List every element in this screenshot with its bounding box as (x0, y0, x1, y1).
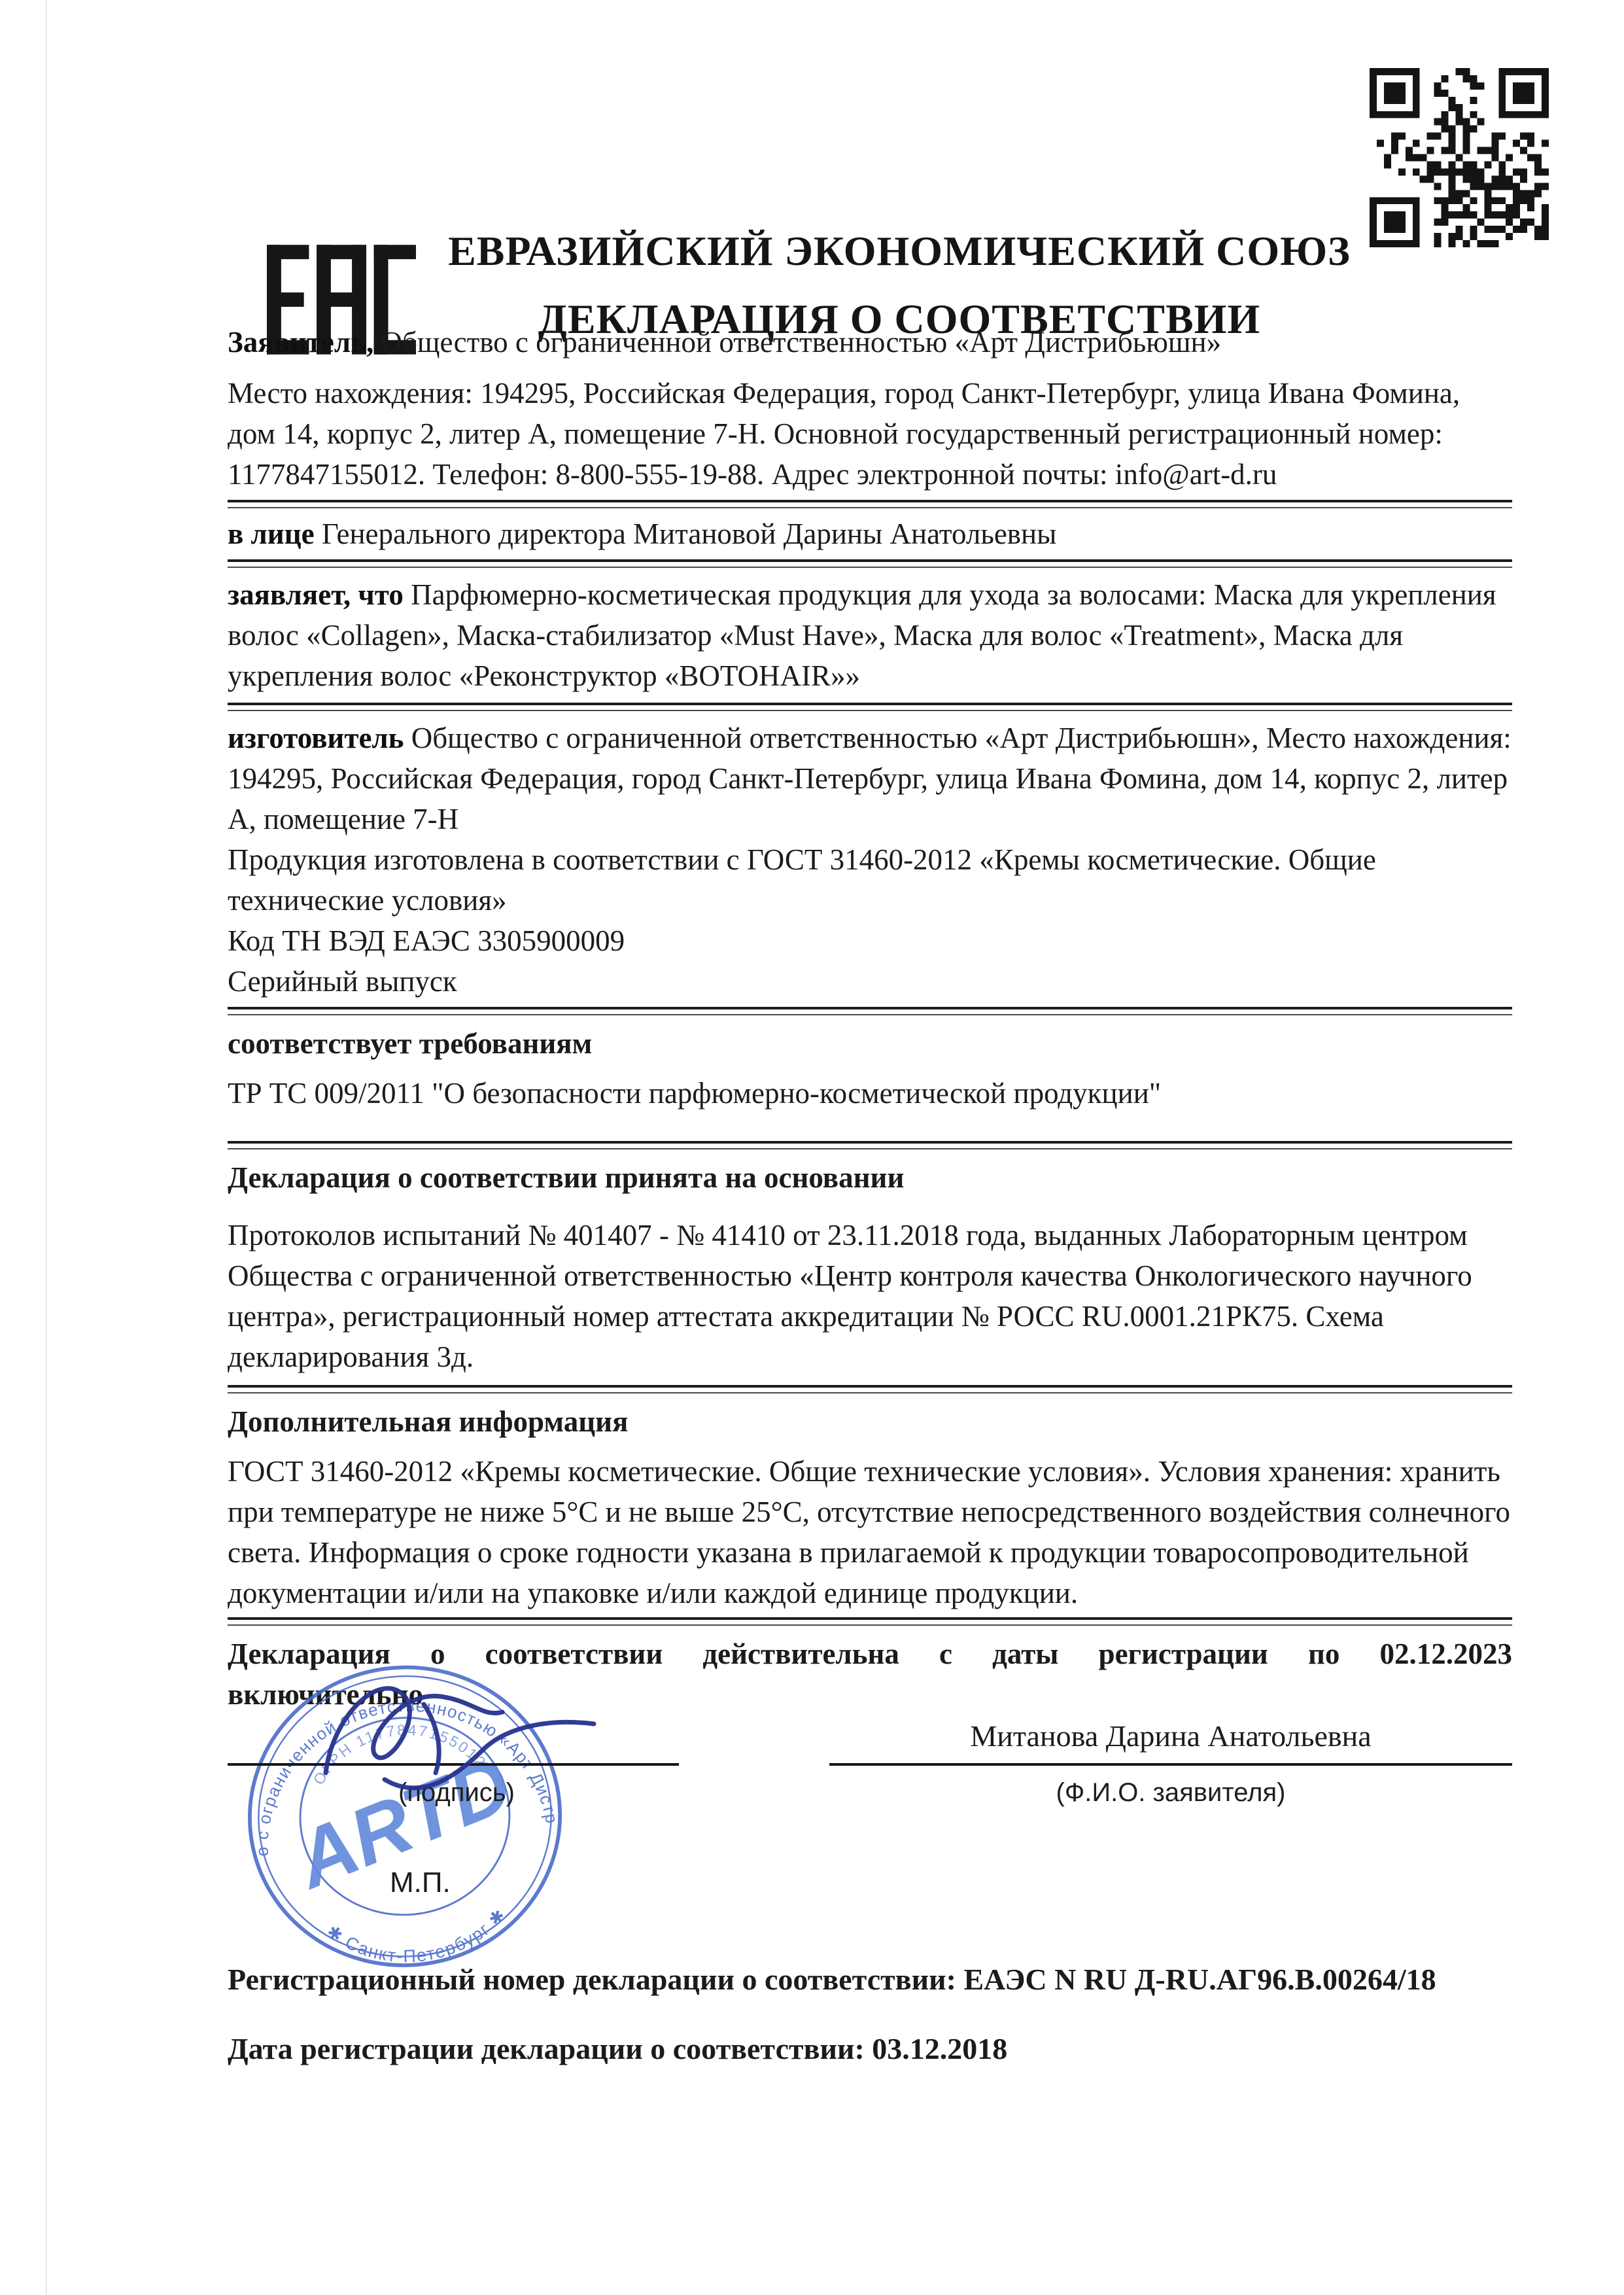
document-body: Заявитель, Общество с ограниченной ответ… (228, 322, 1512, 2069)
basis-text: Протоколов испытаний № 401407 - № 41410 … (228, 1215, 1512, 1377)
divider (228, 1007, 1512, 1015)
manufacturer-value: Общество с ограниченной ответственностью… (228, 722, 1512, 835)
applicant-line: Заявитель, Общество с ограниченной ответ… (228, 322, 1512, 362)
in-person-value: Генерального директора Митановой Дарины … (322, 517, 1056, 550)
manufacturer-line: изготовитель Общество с ограниченной отв… (228, 718, 1512, 839)
signer-name-caption: (Ф.И.О. заявителя) (829, 1772, 1512, 1813)
signature-area: Общество с ограниченной ответственностью… (228, 1724, 1512, 1944)
title-line1: ЕВРАЗИЙСКИЙ ЭКОНОМИЧЕСКИЙ СОЮЗ (419, 217, 1380, 285)
in-person-line: в лице Генерального директора Митановой … (228, 514, 1512, 554)
divider (228, 1141, 1512, 1149)
applicant-value: Общество с ограниченной ответственностью… (381, 326, 1221, 359)
declaration-document: ЕВРАЗИЙСКИЙ ЭКОНОМИЧЕСКИЙ СОЮЗ ДЕКЛАРАЦИ… (0, 0, 1624, 2295)
signer-name: Митанова Дарина Анатольевна (829, 1716, 1512, 1757)
basis-label: Декларация о соответствии принята на осн… (228, 1157, 1512, 1198)
tn-ved-code: Код ТН ВЭД ЕАЭС 3305900009 (228, 920, 1512, 961)
divider (228, 1385, 1512, 1393)
registration-date-line: Дата регистрации декларации о соответств… (228, 2029, 1512, 2069)
divider (228, 1617, 1512, 1626)
declares-value: Парфюмерно-косметическая продукция для у… (228, 578, 1496, 692)
additional-label: Дополнительная информация (228, 1401, 1512, 1442)
in-person-label: в лице (228, 517, 315, 550)
complies-label: соответствует требованиям (228, 1023, 1512, 1064)
handwritten-signature (286, 1626, 627, 1822)
divider (228, 703, 1512, 711)
signer-name-line (829, 1763, 1512, 1766)
divider (228, 559, 1512, 568)
qr-code-icon (1370, 68, 1549, 247)
manufacturer-label: изготовитель (228, 722, 404, 754)
declares-label: заявляет, что (228, 578, 404, 611)
applicant-label: Заявитель, (228, 326, 373, 359)
declares-line: заявляет, что Парфюмерно-косметическая п… (228, 574, 1512, 696)
complies-text: ТР ТС 009/2011 "О безопасности парфюмерн… (228, 1073, 1512, 1113)
divider (228, 500, 1512, 508)
applicant-address: Место нахождения: 194295, Российская Фед… (228, 373, 1512, 495)
registration-number-line: Регистрационный номер декларации о соотв… (228, 1959, 1512, 2000)
additional-text: ГОСТ 31460-2012 «Кремы косметические. Об… (228, 1451, 1512, 1613)
scan-edge-artifact (46, 0, 47, 2295)
serial-release: Серийный выпуск (228, 961, 1512, 1002)
seal-place-caption: М.П. (390, 1863, 451, 1903)
production-standard: Продукция изготовлена в соответствии с Г… (228, 839, 1512, 920)
